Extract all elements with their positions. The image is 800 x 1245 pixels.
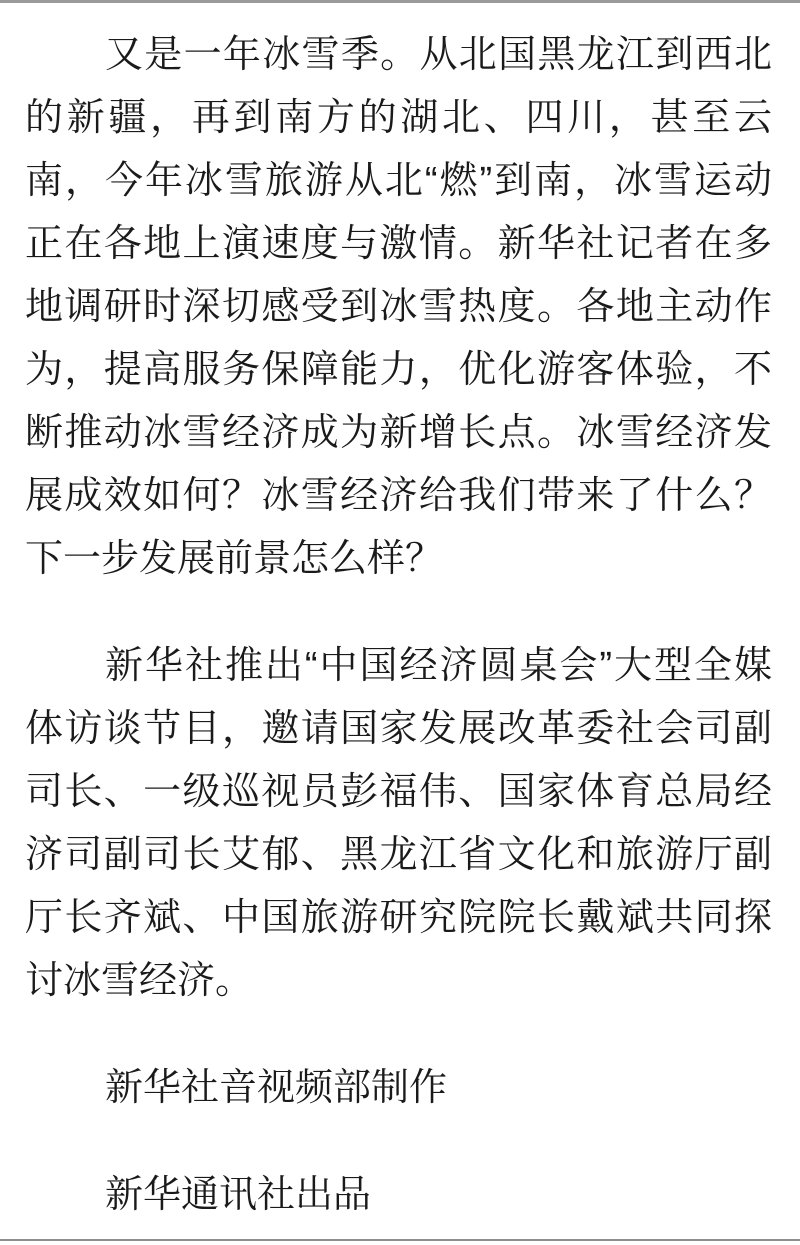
article-page: 又是一年冰雪季。从北国黑龙江到西北的新疆，再到南方的湖北、四川，甚至云南，今年冰… xyxy=(0,0,800,1245)
text-line: 济司副司长艾郁、黑龙江省文化和旅游厅副 xyxy=(25,824,772,887)
text-line: 新华通讯社出品 xyxy=(25,1164,772,1227)
text-line: 下一步发展前景怎么样？ xyxy=(25,528,772,591)
paragraph: 又是一年冰雪季。从北国黑龙江到西北的新疆，再到南方的湖北、四川，甚至云南，今年冰… xyxy=(25,24,772,591)
text-line: 的新疆，再到南方的湖北、四川，甚至云 xyxy=(25,87,772,150)
text-line: 新华社推出“中国经济圆桌会”大型全媒 xyxy=(25,635,772,698)
text-line: 南，今年冰雪旅游从北“燃”到南，冰雪运动 xyxy=(25,150,772,213)
text-line: 厅长齐斌、中国旅游研究院院长戴斌共同探 xyxy=(25,887,772,950)
bottom-divider xyxy=(0,1239,800,1241)
top-divider xyxy=(0,0,800,3)
text-line: 新华社音视频部制作 xyxy=(25,1057,772,1120)
text-line: 讨冰雪经济。 xyxy=(25,950,772,1013)
text-line: 正在各地上演速度与激情。新华社记者在多 xyxy=(25,213,772,276)
text-line: 地调研时深切感受到冰雪热度。各地主动作 xyxy=(25,276,772,339)
text-line: 展成效如何？冰雪经济给我们带来了什么？ xyxy=(25,465,772,528)
text-line: 为，提高服务保障能力，优化游客体验，不 xyxy=(25,339,772,402)
article-body: 又是一年冰雪季。从北国黑龙江到西北的新疆，再到南方的湖北、四川，甚至云南，今年冰… xyxy=(25,24,772,1227)
paragraph: 新华社推出“中国经济圆桌会”大型全媒体访谈节目，邀请国家发展改革委社会司副司长、… xyxy=(25,635,772,1013)
text-line: 司长、一级巡视员彭福伟、国家体育总局经 xyxy=(25,761,772,824)
paragraph: 新华社音视频部制作 xyxy=(25,1057,772,1120)
text-line: 又是一年冰雪季。从北国黑龙江到西北 xyxy=(25,24,772,87)
text-line: 体访谈节目，邀请国家发展改革委社会司副 xyxy=(25,698,772,761)
paragraph: 新华通讯社出品 xyxy=(25,1164,772,1227)
text-line: 断推动冰雪经济成为新增长点。冰雪经济发 xyxy=(25,402,772,465)
